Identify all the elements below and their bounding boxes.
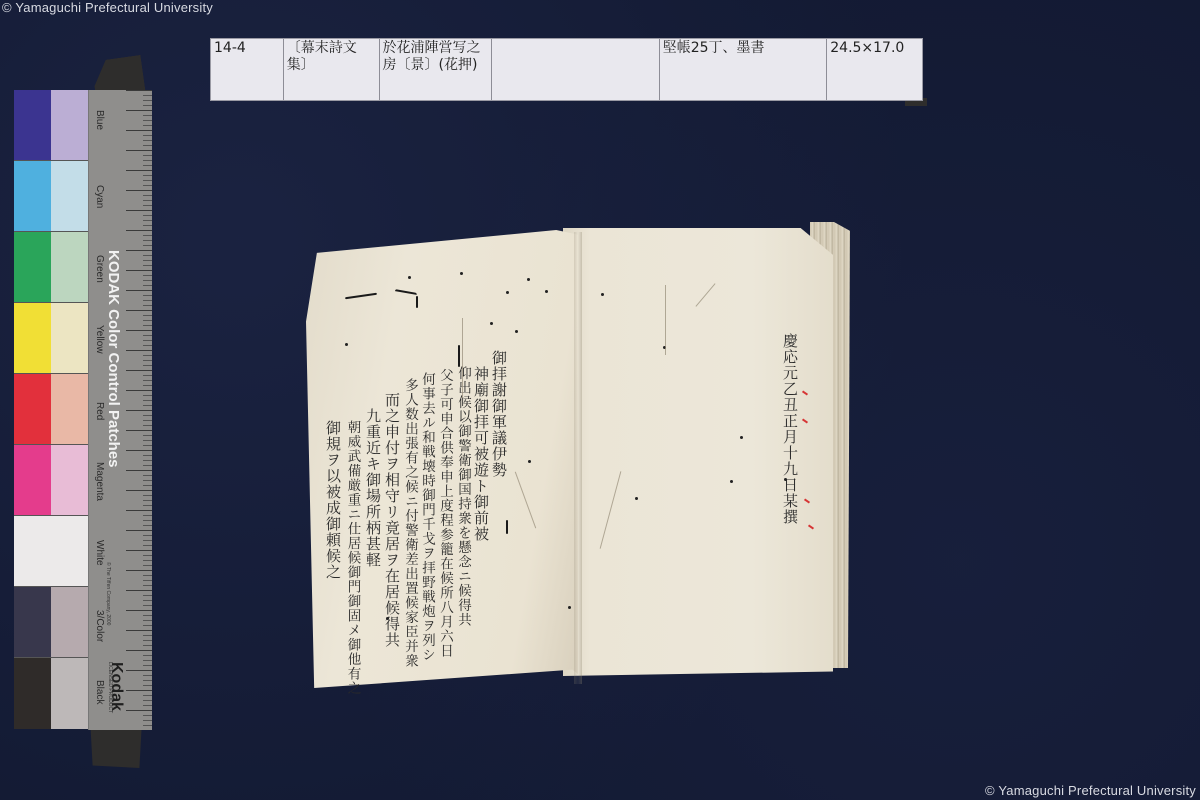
book-right-page [563,228,833,676]
wormhole [460,272,463,275]
patch-green-light [51,232,88,302]
wormhole [528,460,531,463]
wormhole [527,278,530,281]
label-cell-format: 堅帳25丁、墨書 [660,39,828,100]
patch-magenta-light [51,445,88,515]
patch-3color-light [51,587,88,657]
left-page-column-6: 多人数出張有之候ニ付警衛差出置候家臣并衆 [402,378,417,668]
patch-row-black [14,658,88,729]
kodak-ruler-title: KODAK Color Control Patches [105,250,122,468]
label-cell-author: 於花浦陣営写之房〔景〕(花押) [380,39,493,100]
patch-red-light [51,374,88,444]
wormhole-trail [395,289,417,295]
red-ink-mark [802,418,808,423]
wormhole [740,436,743,439]
patch-magenta [14,445,51,515]
left-page-column-7: 而之申付ヲ相守リ竟居ヲ在居候得共 [383,392,400,648]
wormhole-trail [345,293,377,299]
patch-3color [14,587,51,657]
paper-tear [665,285,666,355]
patch-row-red [14,374,88,445]
patch-cyan-light [51,161,88,231]
patch-row-cyan [14,161,88,232]
ruler-label-black: Black [94,680,105,704]
wormhole [730,480,733,483]
ruler-label-white: White [94,540,105,566]
wormhole [601,293,604,296]
wormhole-trail [458,345,460,367]
kodak-ruler-copyright: © The Tiffen Company, 2000 [105,562,111,625]
wormhole-trail [506,520,508,534]
left-page-column-8: 九重近キ御場所柄甚軽 [364,408,381,568]
kodak-ruler: Blue Cyan Green Yellow Red Magenta White… [88,90,152,730]
wormhole [408,276,411,279]
color-checker-patches [14,90,88,730]
ruler-label-green: Green [94,255,105,283]
label-cell-dimensions: 24.5×17.0 [827,39,922,100]
patch-row-magenta [14,445,88,516]
copyright-watermark-top: © Yamaguchi Prefectural University [2,0,213,15]
paper-tear [600,471,622,549]
left-page-column-9: 朝威武備厳重ニ仕居候御門御固メ御他有之 [344,420,360,696]
patch-yellow [14,303,51,373]
ruler-label-magenta: Magenta [94,462,105,501]
patch-row-green [14,232,88,303]
book-gutter [574,232,582,684]
label-cell-empty [492,39,660,100]
ruler-label-yellow: Yellow [94,325,105,354]
patch-cyan [14,161,51,231]
patch-red [14,374,51,444]
patch-row-3color [14,587,88,658]
wormhole-trail [416,296,418,308]
wormhole [506,291,509,294]
wormhole [663,346,666,349]
wormhole [345,343,348,346]
patch-row-white [14,516,88,587]
ruler-label-cyan: Cyan [94,185,105,208]
patch-yellow-light [51,303,88,373]
book-left-page [306,230,578,688]
left-page-column-3: 仰出候以御警衛御国持衆を懸念ニ候得共 [455,366,470,627]
patch-black [14,658,51,729]
patch-row-blue [14,90,88,161]
copyright-watermark-bottom: © Yamaguchi Prefectural University [985,783,1196,798]
left-page-column-5: 何事去ル和戦壊時御門千戈ヲ拝野戦炮ヲ列シ [419,372,434,662]
red-ink-mark [808,524,814,529]
paper-tear [462,318,463,398]
wormhole [635,497,638,500]
wormhole [386,617,389,620]
ruler-label-blue: Blue [94,110,105,130]
patch-white [14,516,88,586]
wormhole [490,322,493,325]
right-page-date-column: 慶応元乙丑正月十九日某撰 [780,333,799,525]
left-page-column-4: 父子可申合供奉申上度程参籠在候所八月六日 [437,368,452,658]
red-ink-mark [804,498,810,503]
patch-row-yellow [14,303,88,374]
left-page-column-10: 御規ヲ以被成御頼候之 [324,420,341,580]
left-page-column-1: 御拝謝御軍議伊勢 [490,350,507,478]
wormhole [545,290,548,293]
wormhole [568,606,571,609]
label-cell-title: 〔幕末詩文集〕 [284,39,380,100]
ruler-ticks [126,90,152,730]
book-page-edges [810,222,850,668]
catalogue-label: 14-4 〔幕末詩文集〕 於花浦陣営写之房〔景〕(花押) 堅帳25丁、墨書 24… [210,38,923,101]
open-book: 御拝謝御軍議伊勢 神廟御拝可被遊ト御前被 仰出候以御警衛御国持衆を懸念ニ候得共 … [0,0,1200,800]
patch-blue [14,90,51,160]
patch-green [14,232,51,302]
red-ink-mark [802,390,808,395]
patch-blue-light [51,90,88,160]
label-cell-id: 14-4 [211,39,284,100]
wormhole [784,478,787,481]
kodak-licensed-product: LICENSED PRODUCT [107,662,113,713]
patch-black-light [51,658,88,729]
ruler-label-red: Red [94,402,105,420]
paper-tear [695,283,715,307]
paper-tear [515,472,536,529]
ruler-label-3color: 3/Color [94,610,105,642]
left-page-column-2: 神廟御拝可被遊ト御前被 [472,366,489,542]
wormhole [515,330,518,333]
